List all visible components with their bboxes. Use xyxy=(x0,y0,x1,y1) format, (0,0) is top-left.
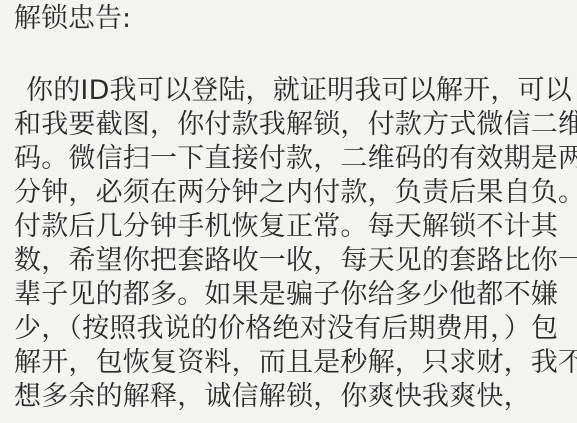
text-line: 想多余的解释，诚信解锁，你爽快我爽快， xyxy=(14,380,574,414)
text-line: 付款后几分钟手机恢复正常。每天解锁不计其 xyxy=(14,210,574,244)
text-line: 数，希望你把套路收一收，每天见的套路比你一 xyxy=(14,244,574,278)
text-line: 码。微信扫一下直接付款，二维码的有效期是两 xyxy=(14,142,574,176)
text-line: 你的ID我可以登陆，就证明我可以解开，可以 xyxy=(14,74,574,108)
note-page: 解锁忠告: 你的ID我可以登陆，就证明我可以解开，可以 和我要截图，你付款我解锁… xyxy=(0,0,577,423)
text-line: 分钟，必须在两分钟之内付款，负责后果自负。 xyxy=(14,176,574,210)
text-line: 少，（按照我说的价格绝对没有后期费用，）包 xyxy=(14,312,574,346)
note-title: 解锁忠告: xyxy=(14,2,131,36)
text-line: 解开，包恢复资料，而且是秒解，只求财，我不 xyxy=(14,346,574,380)
text-line: 辈子见的都多。如果是骗子你给多少他都不嫌 xyxy=(14,278,574,312)
note-body: 你的ID我可以登陆，就证明我可以解开，可以 和我要截图，你付款我解锁，付款方式微… xyxy=(14,74,574,414)
text-line: 和我要截图，你付款我解锁，付款方式微信二维 xyxy=(14,108,574,142)
